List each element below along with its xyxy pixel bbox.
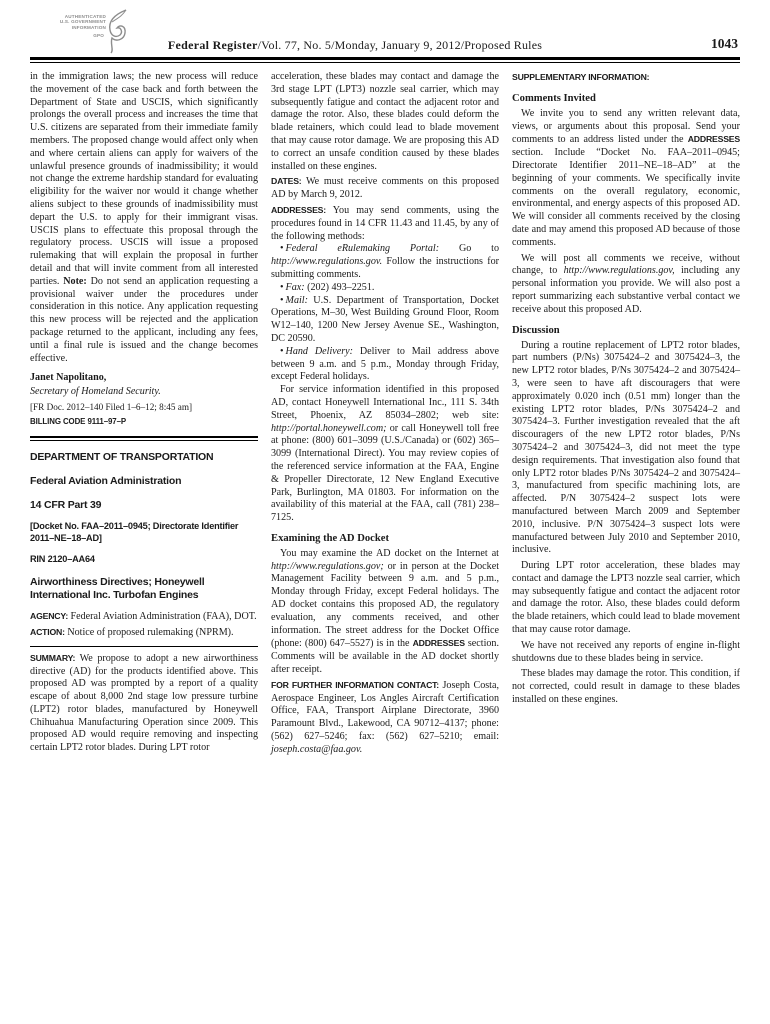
gpo-logo-text: AUTHENTICATED U.S. GOVERNMENT INFORMATIO… bbox=[44, 14, 106, 39]
federal-register-page: AUTHENTICATED U.S. GOVERNMENT INFORMATIO… bbox=[0, 0, 770, 1024]
header-rule bbox=[30, 57, 740, 63]
text-run: or in person at the Docket Management Fa… bbox=[271, 561, 499, 650]
running-head-title: Federal Register/Vol. 77, No. 5/Monday, … bbox=[30, 38, 680, 53]
summary-continuation-paragraph: acceleration, these blades may contact a… bbox=[271, 71, 499, 173]
email-text: joseph.costa@faa.gov. bbox=[271, 744, 362, 755]
summary-divider bbox=[30, 646, 258, 647]
url-text: http://portal.honeywell.com; bbox=[271, 423, 387, 434]
examining-docket-heading: Examining the AD Docket bbox=[271, 532, 499, 545]
bullet-label: Federal eRulemaking Portal: bbox=[286, 243, 440, 254]
supplementary-label: SUPPLEMENTARY INFORMATION: bbox=[512, 72, 649, 82]
three-column-layout: in the immigration laws; the new process… bbox=[30, 71, 740, 757]
addresses-inline-ref: ADDRESSES bbox=[413, 638, 465, 648]
bullet-label: Mail: bbox=[286, 295, 308, 306]
discussion-paragraph-4: These blades may damage the rotor. This … bbox=[512, 668, 740, 706]
further-info-label: FOR FURTHER INFORMATION CONTACT: bbox=[271, 680, 439, 690]
text-run: Notice of proposed rulemaking (NPRM). bbox=[65, 627, 234, 638]
bullet-item-hand-delivery: •Hand Delivery: Deliver to Mail address … bbox=[271, 346, 499, 384]
bullet-label: Fax: bbox=[286, 282, 305, 293]
subagency-heading: Federal Aviation Administration bbox=[30, 475, 258, 488]
column-3: SUPPLEMENTARY INFORMATION: Comments Invi… bbox=[512, 71, 740, 757]
column-2: acceleration, these blades may contact a… bbox=[271, 71, 499, 757]
text-run: You may examine the AD docket on the Int… bbox=[280, 548, 499, 559]
text-run: (202) 493–2251. bbox=[305, 282, 375, 293]
addresses-line: ADDRESSES: You may send comments, using … bbox=[271, 204, 499, 243]
bullet-item-fax: •Fax: (202) 493–2251. bbox=[271, 282, 499, 295]
discussion-heading: Discussion bbox=[512, 324, 740, 337]
text-run: We propose to adopt a new airworthiness … bbox=[30, 653, 258, 754]
examining-docket-paragraph: You may examine the AD docket on the Int… bbox=[271, 548, 499, 677]
text-run: in the immigration laws; the new process… bbox=[30, 71, 258, 287]
addresses-label: ADDRESSES: bbox=[271, 205, 326, 215]
comments-post-paragraph: We will post all comments we receive, wi… bbox=[512, 253, 740, 317]
running-head: Federal Register/Vol. 77, No. 5/Monday, … bbox=[30, 38, 740, 56]
cfr-part-heading: 14 CFR Part 39 bbox=[30, 499, 258, 512]
section-divider bbox=[30, 436, 258, 441]
agency-line: AGENCY: Federal Aviation Administration … bbox=[30, 610, 258, 624]
issue-info: /Vol. 77, No. 5/Monday, January 9, 2012/… bbox=[258, 38, 542, 52]
addresses-inline-ref: ADDRESSES bbox=[688, 134, 740, 144]
page-number: 1043 bbox=[711, 36, 738, 52]
note-label: Note: bbox=[63, 276, 87, 287]
immigration-continuation-paragraph: in the immigration laws; the new process… bbox=[30, 71, 258, 365]
discussion-paragraph-2: During LPT rotor acceleration, these bla… bbox=[512, 560, 740, 637]
discussion-paragraph-1: During a routine replacement of LPT2 rot… bbox=[512, 340, 740, 558]
signature-title: Secretary of Homeland Security. bbox=[30, 386, 258, 399]
text-run: We must receive comments on this propose… bbox=[271, 176, 499, 200]
further-info-contact: FOR FURTHER INFORMATION CONTACT: Joseph … bbox=[271, 679, 499, 757]
text-run: Go to bbox=[439, 243, 499, 254]
column-1: in the immigration laws; the new process… bbox=[30, 71, 258, 757]
url-text: http://www.regulations.gov. bbox=[271, 256, 382, 267]
comments-invite-paragraph: We invite you to send any written releva… bbox=[512, 108, 740, 250]
gpo-logo-line: INFORMATION bbox=[44, 25, 106, 30]
url-text: http://www.regulations.gov, bbox=[564, 265, 675, 276]
text-run: or call Honeywell toll free at phone: (8… bbox=[271, 423, 499, 524]
fr-doc-line: [FR Doc. 2012–140 Filed 1–6–12; 8:45 am] bbox=[30, 402, 258, 413]
service-info-paragraph: For service information identified in th… bbox=[271, 384, 499, 525]
department-heading: DEPARTMENT OF TRANSPORTATION bbox=[30, 451, 258, 464]
comments-invited-heading: Comments Invited bbox=[512, 92, 740, 105]
agency-label: AGENCY: bbox=[30, 611, 68, 621]
journal-name: Federal Register bbox=[168, 38, 258, 52]
supplementary-information-line: SUPPLEMENTARY INFORMATION: bbox=[512, 71, 740, 85]
text-run: For service information identified in th… bbox=[271, 384, 499, 421]
rin-number: RIN 2120–AA64 bbox=[30, 554, 258, 566]
summary-paragraph: SUMMARY: We propose to adopt a new airwo… bbox=[30, 652, 258, 755]
rule-title: Airworthiness Directives; Honeywell Inte… bbox=[30, 576, 258, 602]
summary-label: SUMMARY: bbox=[30, 653, 75, 663]
action-label: ACTION: bbox=[30, 627, 65, 637]
action-line: ACTION: Notice of proposed rulemaking (N… bbox=[30, 626, 258, 640]
billing-code: BILLING CODE 9111–97–P bbox=[30, 417, 258, 426]
bullet-item-portal: •Federal eRulemaking Portal: Go to http:… bbox=[271, 243, 499, 281]
dates-label: DATES: bbox=[271, 176, 302, 186]
dates-line: DATES: We must receive comments on this … bbox=[271, 175, 499, 202]
text-run: section. Include “Docket No. FAA–2011–09… bbox=[512, 147, 740, 248]
signature-name: Janet Napolitano, bbox=[30, 372, 258, 385]
discussion-paragraph-3: We have not received any reports of engi… bbox=[512, 640, 740, 666]
text-run: Federal Aviation Administration (FAA), D… bbox=[68, 611, 257, 622]
url-text: http://www.regulations.gov; bbox=[271, 561, 384, 572]
docket-number: [Docket No. FAA–2011–0945; Directorate I… bbox=[30, 521, 258, 544]
text-run: Do not send an application requesting a … bbox=[30, 276, 258, 364]
bullet-item-mail: •Mail: U.S. Department of Transportation… bbox=[271, 295, 499, 346]
bullet-label: Hand Delivery: bbox=[286, 346, 353, 357]
